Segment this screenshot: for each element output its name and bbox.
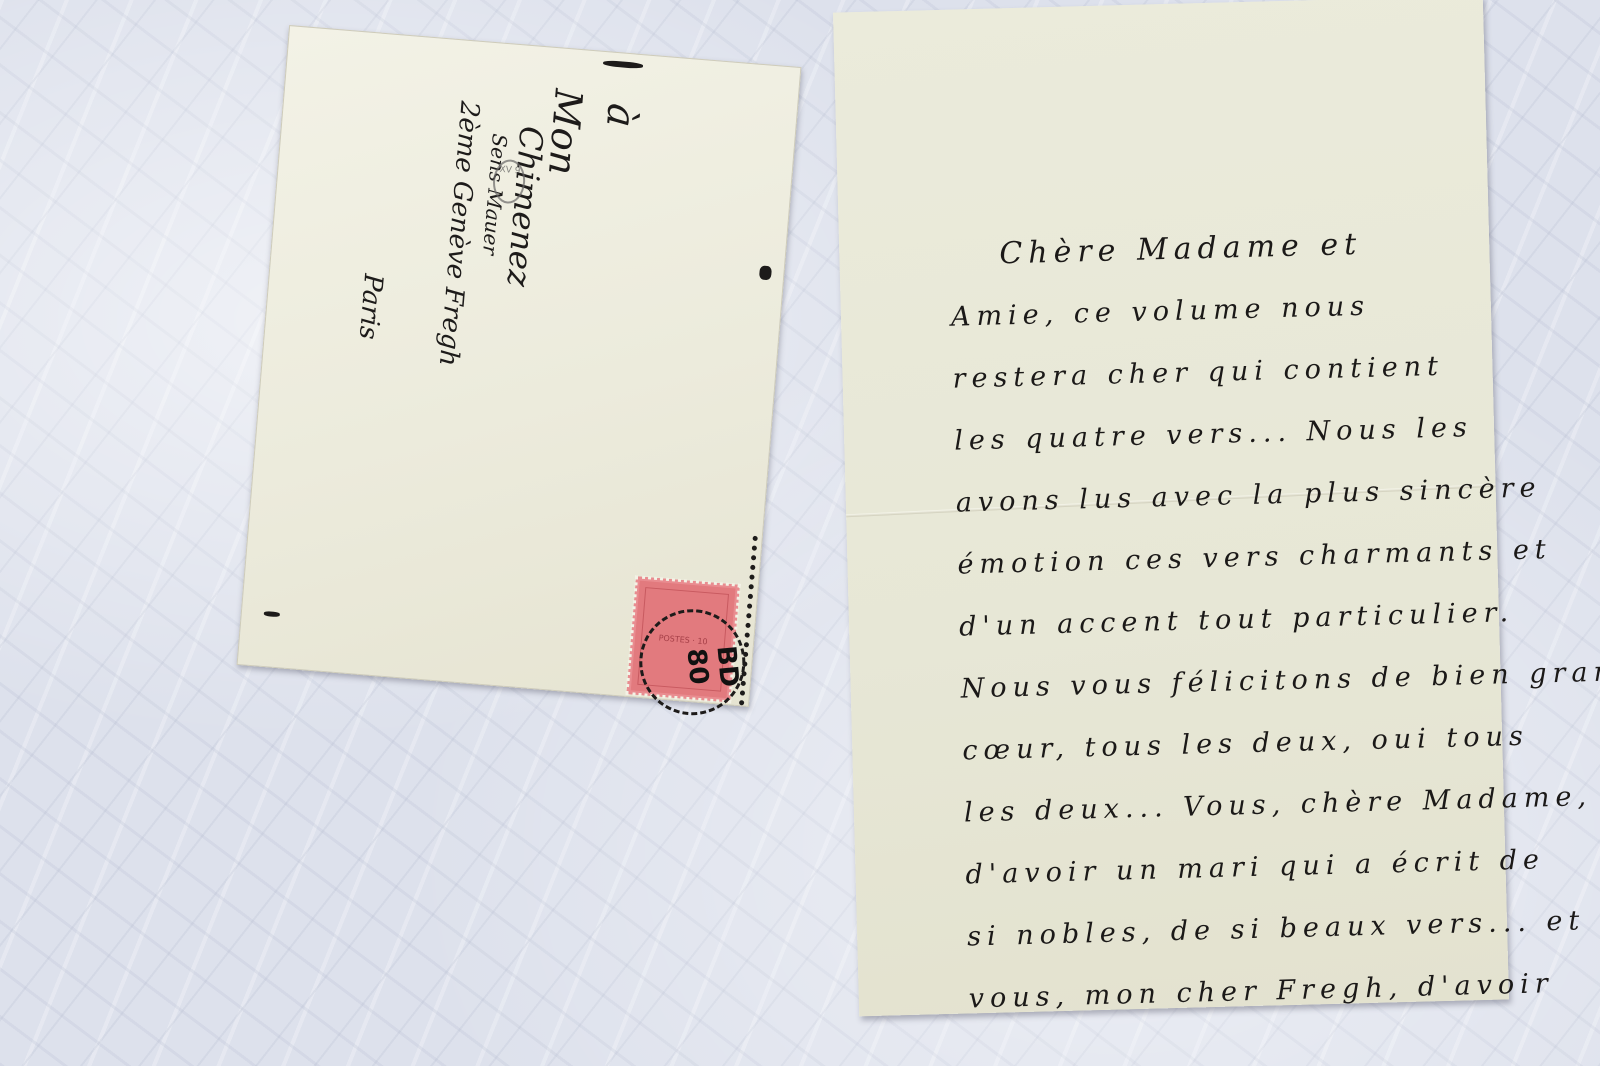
- ink-smudge: [759, 265, 772, 280]
- envelope-address-line: à: [597, 102, 645, 130]
- envelope-address-line: 2ème Genève Fregh: [433, 100, 485, 368]
- letter-body: Chère Madame et Amie, ce volume nous res…: [949, 211, 1480, 1030]
- handwritten-letter: Chère Madame et Amie, ce volume nous res…: [833, 0, 1509, 1016]
- envelope: à Mon Chimenez Sens Mauer 2ème Genève Fr…: [237, 25, 802, 707]
- ink-smudge: [603, 60, 643, 69]
- envelope-address-line: Paris: [353, 273, 388, 341]
- ink-smudge: [264, 611, 280, 617]
